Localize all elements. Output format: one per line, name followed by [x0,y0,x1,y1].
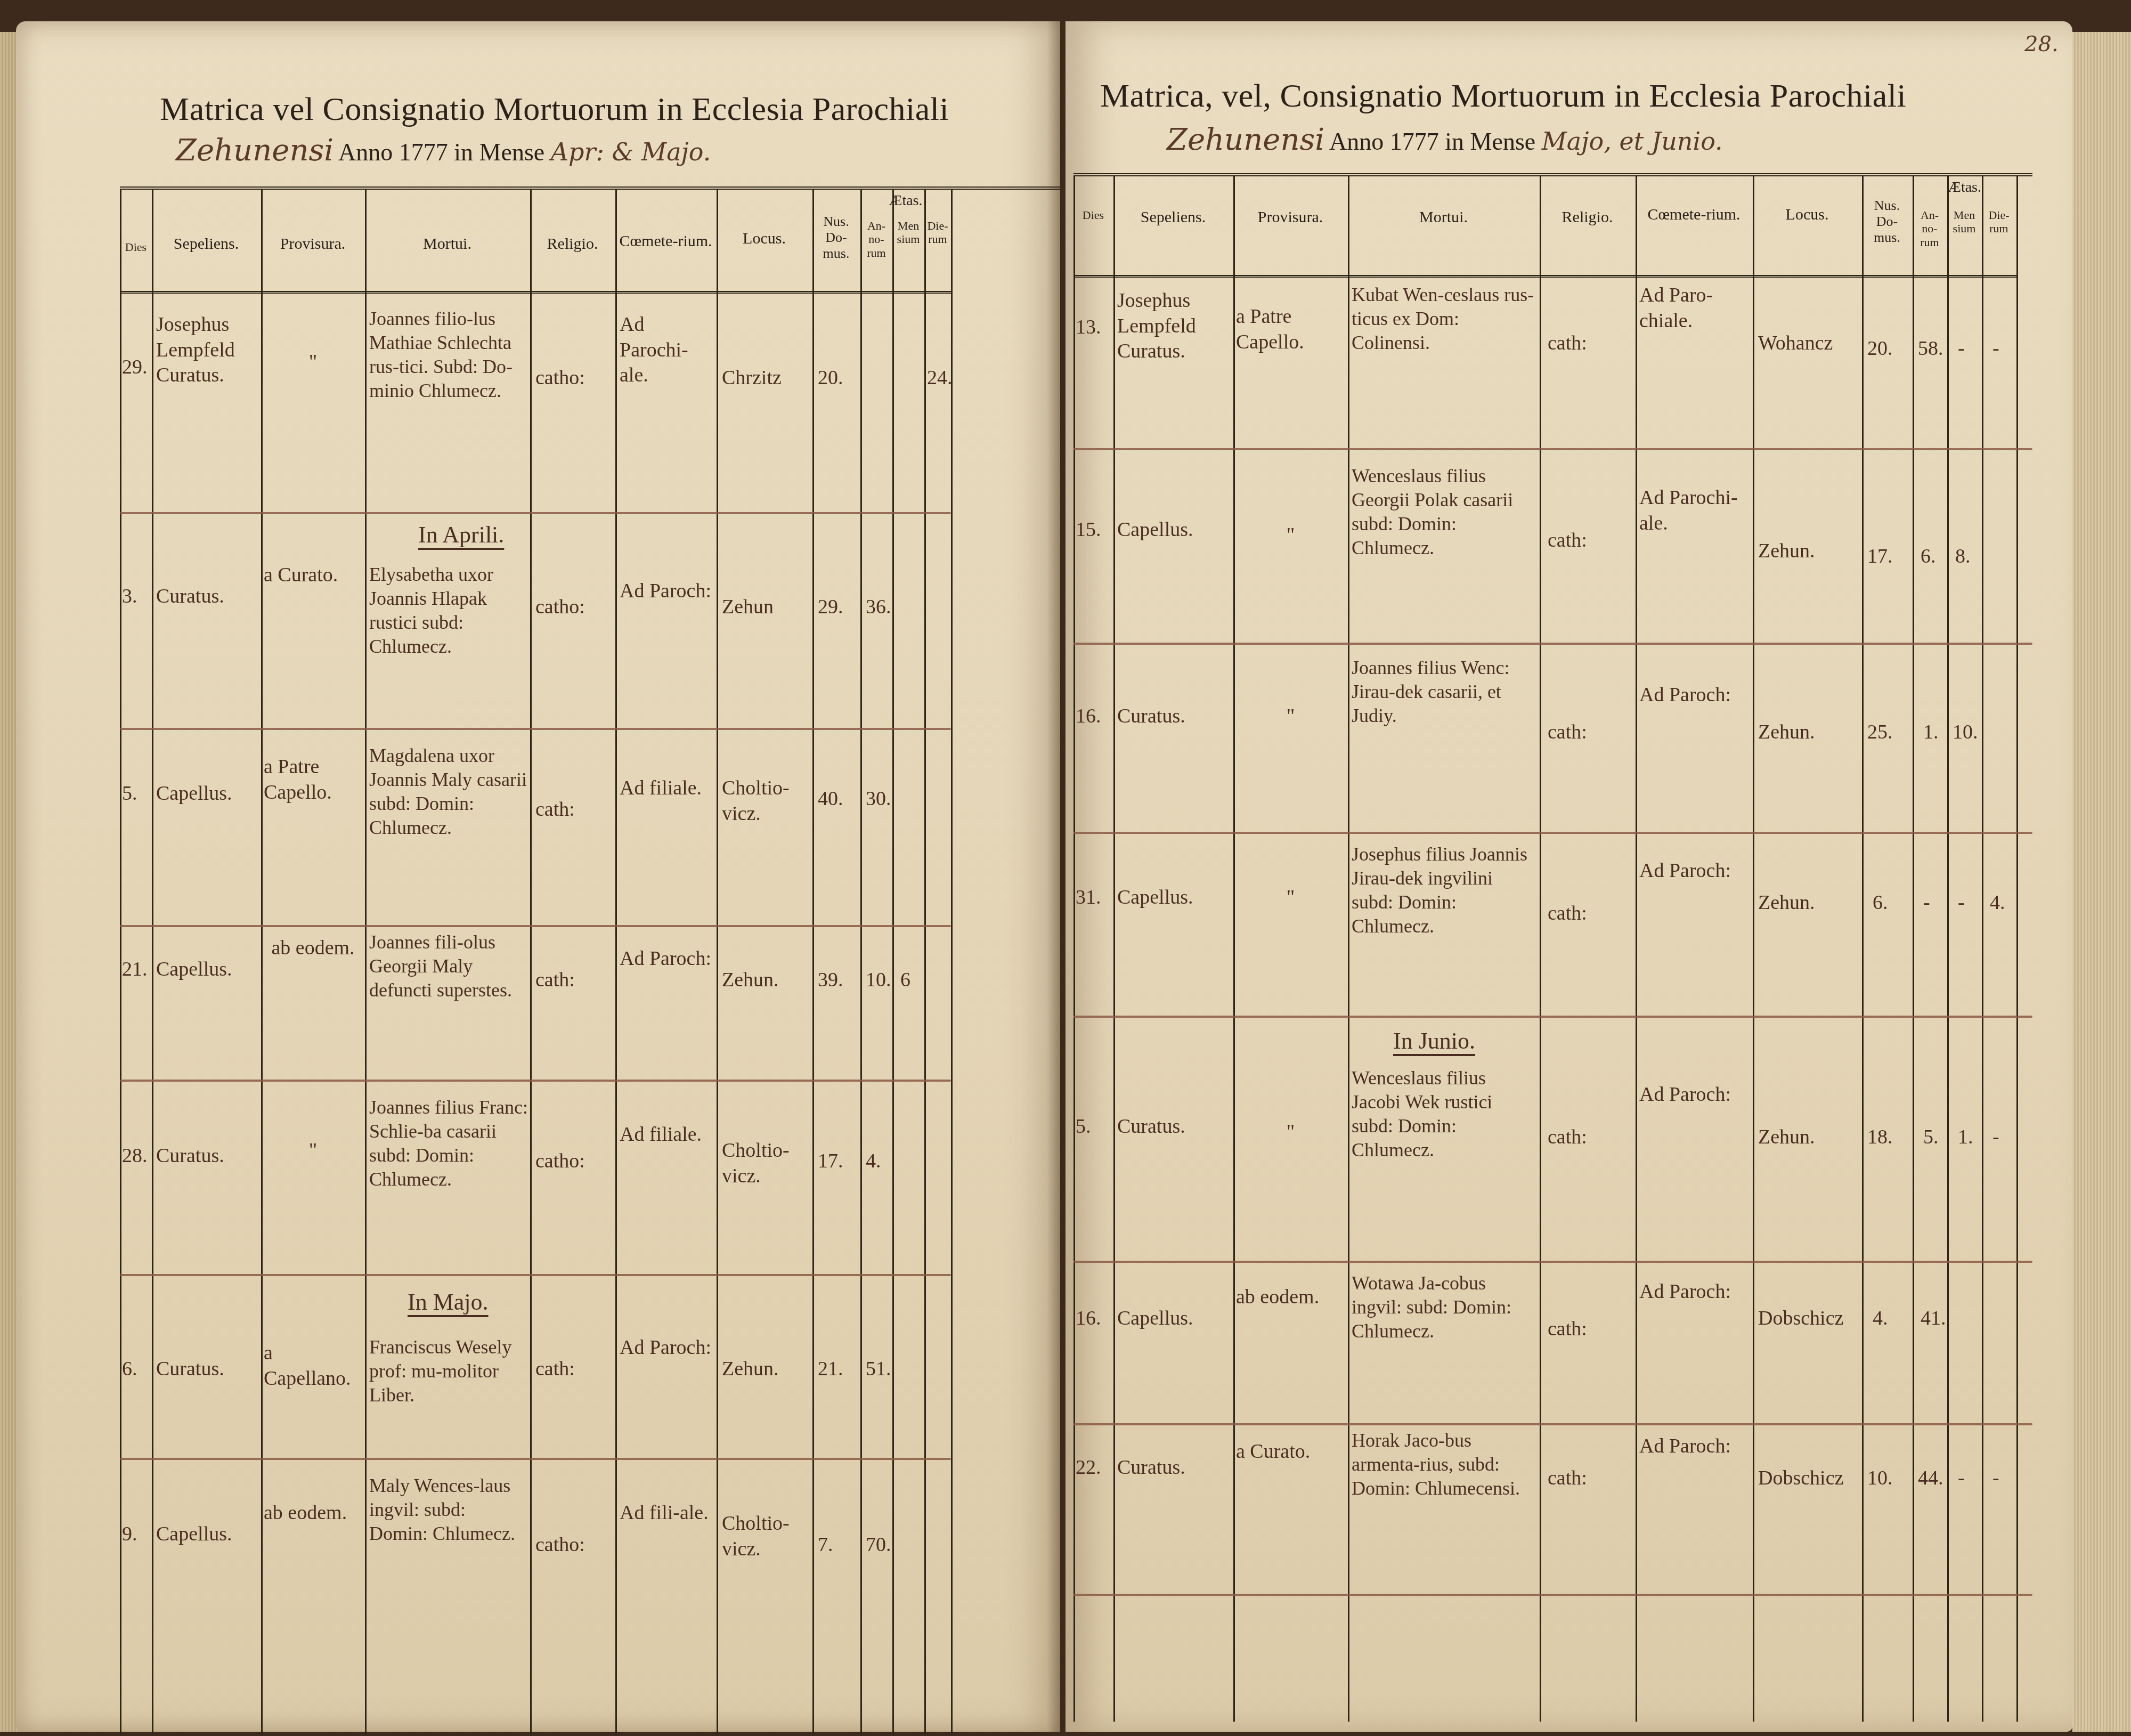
col-coemeterium: Cœmete-rium. [616,232,715,251]
entry-dierum: - [1992,336,1999,362]
entry-religio: cath: [535,797,575,823]
entry-coemeterium: Ad Paroch: [1639,858,1751,884]
entry-religio: catho: [535,366,585,391]
entry-coemeterium: Ad Paroch: [1639,1082,1751,1108]
entry-coemeterium: Ad Paroch: [1639,1279,1751,1305]
anno-label: Anno [1329,128,1384,155]
entry-provisura: " [1236,1120,1345,1145]
entry-provisura: " [264,350,362,375]
entry-domus: 25. [1867,720,1893,745]
entry-mortui: Maly Wences-laus ingvil: subd: Domin: Ch… [369,1474,529,1546]
col-dierum: Die-rum [925,219,950,246]
entry-provisura: " [264,1138,362,1164]
entry-locus: Zehun. [722,968,779,993]
entry-provisura: a Curato. [1236,1439,1345,1465]
entry-locus: Dobschicz [1758,1306,1843,1332]
entry-domus: 29. [818,595,843,620]
col-provisura: Provisura. [1234,208,1346,227]
col-sepeliens: Sepeliens. [1115,208,1232,227]
left-register-table: Dies Sepeliens. Provisura. Mortui. Relig… [120,186,1060,1735]
entry-annorum: 6. [1921,544,1936,570]
entry-domus: 10. [1867,1466,1893,1491]
entry-coemeterium: Ad filiale. [620,776,715,801]
entry-sepeliens: Capellus. [1117,517,1232,543]
entry-locus: Chrzitz [722,366,782,391]
entry-mensium: 8. [1955,544,1971,570]
col-sepeliens: Sepeliens. [153,235,259,254]
entry-religio: cath: [1548,1125,1587,1150]
entry-dies: 21. [122,957,148,983]
entry-provisura: a Patre Capello. [264,755,362,805]
entry-mortui: Wotawa Ja-cobus ingvil: subd: Domin: Chl… [1352,1271,1538,1343]
entry-annorum: 44. [1918,1466,1943,1491]
entry-mortui: Elysabetha uxor Joannis Hlapak rustici s… [369,563,529,659]
entry-sepeliens: Josephus Lempfeld Curatus. [1117,288,1232,364]
months: Apr: & Majo. [551,137,711,166]
entry-dies: 13. [1076,315,1101,340]
entry-dies: 5. [1076,1114,1091,1140]
year: 1777 [1390,128,1439,155]
page-number: 28. [2024,32,2059,56]
entry-annorum: 5. [1923,1125,1939,1150]
col-nus-domus: Nus. Do-mus. [1863,198,1911,246]
entry-domus: 18. [1867,1125,1893,1150]
entry-religio: cath: [1548,1466,1587,1491]
entry-religio: cath: [1548,720,1587,745]
entry-domus: 40. [818,786,843,812]
entry-dies: 22. [1076,1455,1101,1481]
entry-dies: 3. [122,584,137,610]
entry-mortui: Magdalena uxor Joannis Maly casarii subd… [369,744,529,840]
left-page-subtitle: Zehunensi Anno 1777 in Mense Apr: & Majo… [176,133,711,168]
entry-annorum: - [1923,890,1930,916]
entry-locus: Wohancz [1758,331,1833,356]
entry-annorum: 58. [1918,336,1943,362]
entry-religio: cath: [1548,331,1587,356]
entry-annorum: 51. [866,1357,891,1382]
entry-coemeterium: Ad Paroch: [1639,683,1751,708]
entry-dies: 31. [1076,885,1101,911]
entry-dierum: - [1992,1466,1999,1491]
entry-provisura: " [1236,704,1345,729]
entry-religio: cath: [535,1357,575,1382]
entry-dies: 9. [122,1522,137,1547]
entry-mensium: - [1958,1466,1965,1491]
entry-locus: Zehun [722,595,774,620]
entry-mensium: 1. [1958,1125,1973,1150]
entry-dies: 6. [122,1357,137,1382]
entry-mortui: Franciscus Wesely prof: mu-molitor Liber… [369,1335,529,1407]
right-page-subtitle: Zehunensi Anno 1777 in Mense Majo, et Ju… [1167,123,1723,157]
entry-coemeterium: Ad filiale. [620,1122,715,1148]
left-page: Matrica vel Consignatio Mortuorum in Ecc… [16,21,1060,1732]
entry-religio: catho: [535,1532,585,1558]
entry-dies: 29. [122,355,148,380]
entry-annorum: 36. [866,595,891,620]
entry-dies: 15. [1076,517,1101,543]
entry-mortui: Wenceslaus filius Georgii Polak casarii … [1352,464,1538,560]
entry-dierum: 4. [1990,890,2005,916]
entry-sepeliens: Capellus. [156,781,257,807]
entry-mortui: Josephus filius Joannis Jirau-dek ingvil… [1352,842,1538,938]
entry-locus: Zehun. [1758,1125,1815,1150]
mense-label: in Mense [454,139,544,166]
entry-domus: 21. [818,1357,843,1382]
entry-coemeterium: Ad Paroch: [620,579,715,604]
entry-religio: catho: [535,1149,585,1174]
right-page-title: Matrica, vel, Consignatio Mortuorum in E… [1100,77,1906,115]
entry-mortui: Wenceslaus filius Jacobi Wek rustici sub… [1352,1066,1538,1162]
entry-provisura: ab eodem. [264,1500,362,1526]
entry-sepeliens: Curatus. [1117,1455,1232,1481]
col-dies: Dies [1075,208,1112,222]
entry-religio: cath: [535,968,575,993]
right-register-table: Dies Sepeliens. Provisura. Mortui. Relig… [1073,173,2032,1722]
entry-annorum: 30. [866,786,891,812]
entry-mortui: Joannes filius Franc: Schlie-ba casarii … [369,1096,529,1191]
entry-domus: 6. [1873,890,1888,916]
entry-mensium: 10. [1953,720,1978,745]
col-mensium: Men sium [893,219,923,246]
col-religio: Religio. [531,235,614,254]
col-locus: Locus. [1754,206,1860,224]
mense-label: in Mense [1445,128,1535,155]
entry-provisura: ab eodem. [1236,1285,1345,1310]
entry-dierum: 24. [927,366,953,391]
entry-religio: cath: [1548,528,1587,554]
entry-mortui: Kubat Wen-ceslaus rus-ticus ex Dom: Coli… [1352,283,1538,355]
col-mortui: Mortui. [1349,208,1538,227]
entry-locus: Zehun. [1758,720,1815,745]
entry-domus: 17. [1867,544,1893,570]
entry-locus: Zehun. [1758,539,1815,564]
entry-coemeterium: Ad fili-ale. [620,1500,715,1526]
col-provisura: Provisura. [262,235,363,254]
col-annorum: An-no-rum [861,219,891,259]
entry-annorum: 1. [1923,720,1939,745]
entry-domus: 7. [818,1532,833,1558]
entry-locus: Dobschicz [1758,1466,1843,1491]
col-dierum: Die-rum [1983,208,2015,236]
entry-provisura: a Curato. [264,563,362,588]
entry-coemeterium: Ad Paroch: [1639,1434,1751,1459]
left-page-title: Matrica vel Consignatio Mortuorum in Ecc… [160,91,949,128]
col-locus: Locus. [718,230,811,248]
entry-coemeterium: Ad Paroch: [620,946,715,972]
entry-mensium: - [1958,890,1965,916]
entry-domus: 20. [818,366,843,391]
col-mortui: Mortui. [366,235,528,254]
entry-mensium: - [1958,336,1965,362]
entry-annorum: 41. [1921,1306,1946,1332]
entry-locus: Choltio-vicz. [722,776,810,826]
entry-annorum: 4. [866,1149,881,1174]
entry-coemeterium: Ad Paro-chiale. [1639,283,1751,334]
entry-coemeterium: Ad Parochi-ale. [620,312,715,388]
month-heading-april: In Aprili. [418,520,504,549]
entry-sepeliens: Curatus. [1117,704,1232,729]
entry-locus: Choltio-vicz. [722,1138,810,1189]
col-mensium: Men sium [1948,208,1980,236]
entry-domus: 4. [1873,1306,1888,1332]
col-nus-domus: Nus. Do-mus. [814,214,859,262]
col-religio: Religio. [1541,208,1634,227]
entry-dies: 16. [1076,704,1101,729]
parish-name: Zehunensi [176,133,334,168]
entry-provisura: a Patre Capello. [1236,304,1345,355]
entry-sepeliens: Capellus. [156,957,257,983]
col-aetas: Ætas. [863,192,948,209]
entry-sepeliens: Curatus. [156,1357,257,1382]
entry-provisura: ab eodem. [264,936,362,961]
entry-mensium: 6 [900,968,910,993]
entry-sepeliens: Curatus. [156,584,257,610]
col-coemeterium: Cœmete-rium. [1637,206,1751,224]
entry-domus: 17. [818,1149,843,1174]
entry-locus: Choltio-vicz. [722,1511,810,1562]
months: Majo, et Junio. [1542,127,1723,156]
year: 1777 [399,139,448,166]
entry-locus: Zehun. [1758,890,1815,916]
entry-religio: cath: [1548,901,1587,927]
entry-sepeliens: Capellus. [156,1522,257,1547]
col-annorum: An-no-rum [1914,208,1946,249]
anno-label: Anno [338,139,393,166]
entry-sepeliens: Curatus. [1117,1114,1232,1140]
month-heading-may: In Majo. [408,1287,489,1317]
entry-mortui: Joannes filius Wenc: Jirau-dek casarii, … [1352,656,1538,728]
right-page: 28. Matrica, vel, Consignatio Mortuorum … [1065,21,2072,1732]
month-heading-june: In Junio. [1393,1026,1475,1056]
entry-sepeliens: Curatus. [156,1143,257,1169]
col-aetas: Ætas. [1915,179,2014,196]
entry-dierum: - [1992,1125,1999,1150]
entry-religio: catho: [535,595,585,620]
entry-provisura: " [1236,523,1345,548]
entry-domus: 39. [818,968,843,993]
entry-religio: cath: [1548,1317,1587,1342]
entry-provisura: a Capellano. [264,1341,362,1391]
entry-locus: Zehun. [722,1357,779,1382]
entry-provisura: " [1236,885,1345,911]
entry-sepeliens: Capellus. [1117,1306,1232,1332]
entry-mortui: Joannes fili-olus Georgii Maly defuncti … [369,930,529,1002]
entry-dies: 16. [1076,1306,1101,1332]
entry-coemeterium: Ad Paroch: [620,1335,715,1361]
entry-mortui: Horak Jaco-bus armenta-rius, subd: Domin… [1352,1429,1538,1500]
entry-coemeterium: Ad Parochi-ale. [1639,485,1751,536]
entry-sepeliens: Josephus Lempfeld Curatus. [156,312,257,388]
entry-annorum: 10. [866,968,891,993]
entry-mortui: Joannes filio-lus Mathiae Schlechta rus-… [369,307,529,403]
entry-annorum: 70. [866,1532,891,1558]
entry-sepeliens: Capellus. [1117,885,1232,911]
right-page-edges [2072,32,2131,1732]
col-dies: Dies [121,240,151,254]
open-register-book: Matrica vel Consignatio Mortuorum in Ecc… [0,0,2131,1736]
entry-dies: 28. [122,1143,148,1169]
entry-domus: 20. [1867,336,1893,362]
entry-dies: 5. [122,781,137,807]
parish-name: Zehunensi [1167,123,1324,157]
